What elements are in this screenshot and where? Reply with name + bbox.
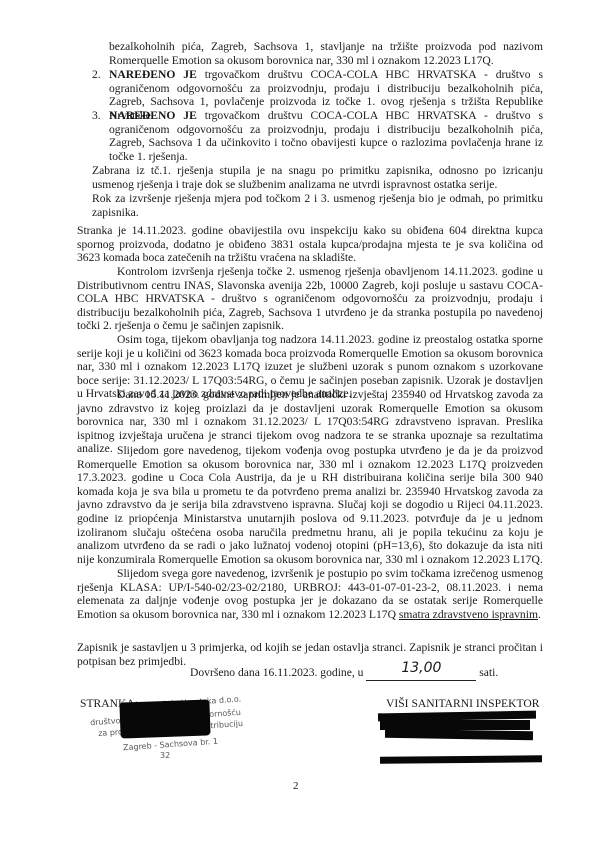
closing-paragraph: Zapisnik je sastavljen u 3 primjerka, od… (77, 641, 543, 668)
handwritten-time: 13,00 (401, 660, 441, 676)
ordered-label: NAREĐENO JE (109, 109, 197, 122)
inspector-signature-label: VIŠI SANITARNI INSPEKTOR (386, 697, 539, 711)
list-number: 3. (92, 109, 101, 123)
paragraph-conclusion: Slijedom svega gore navedenog, izvršenik… (77, 567, 543, 621)
conclusion-end: . (538, 608, 541, 621)
completion-line: Dovršeno dana 16.11.2023. godine, u 13,0… (190, 666, 550, 681)
completion-suffix: sati. (479, 666, 498, 679)
redaction-block (380, 755, 542, 763)
conclusion-text: Slijedom svega gore navedenog, izvršenik… (77, 567, 543, 621)
closing-text: Zapisnik je sastavljen u 3 primjerka, od… (77, 641, 543, 668)
paragraph-text: Kontrolom izvršenja rješenja točke 2. us… (77, 265, 543, 333)
paragraph-findings: Slijedom gore navedenog, tijekom vođenja… (77, 444, 543, 566)
item-1-continuation: bezalkoholnih pića, Zagreb, Sachsova 1, … (109, 40, 543, 67)
page-number: 2 (293, 780, 299, 794)
paragraph-text: Slijedom gore navedenog, tijekom vođenja… (77, 444, 543, 566)
deadline-paragraph: Rok za izvršenje rješenja mjera pod točk… (92, 192, 543, 219)
redaction-block (385, 729, 533, 741)
list-number: 2. (92, 68, 101, 82)
item-1-text: bezalkoholnih pića, Zagreb, Sachsova 1, … (109, 40, 543, 67)
inspector-label: VIŠI SANITARNI INSPEKTOR (386, 697, 539, 710)
stamp-line: 32 (160, 749, 170, 763)
redaction-block (119, 699, 210, 738)
conclusion-underlined: smatra zdravstveno ispravnim (399, 608, 538, 621)
paragraph-control: Kontrolom izvršenja rješenja točke 2. us… (77, 265, 543, 333)
deadline-text: Rok za izvršenje rješenja mjera pod točk… (92, 192, 543, 219)
paragraph-text: Stranka je 14.11.2023. godine obavijesti… (77, 224, 543, 265)
list-item-3: 3. NAREĐENO JE trgovačkom društvu COCA-C… (109, 109, 543, 163)
paragraph-notification: Stranka je 14.11.2023. godine obavijesti… (77, 224, 543, 265)
document-page: bezalkoholnih pića, Zagreb, Sachsova 1, … (0, 0, 603, 843)
ban-paragraph: Zabrana iz tč.1. rješenja stupila je na … (92, 164, 543, 191)
ordered-label: NAREĐENO JE (109, 68, 197, 81)
time-field: 13,00 (366, 666, 476, 681)
ban-text: Zabrana iz tč.1. rješenja stupila je na … (92, 164, 543, 191)
completion-prefix: Dovršeno dana 16.11.2023. godine, u (190, 666, 363, 679)
